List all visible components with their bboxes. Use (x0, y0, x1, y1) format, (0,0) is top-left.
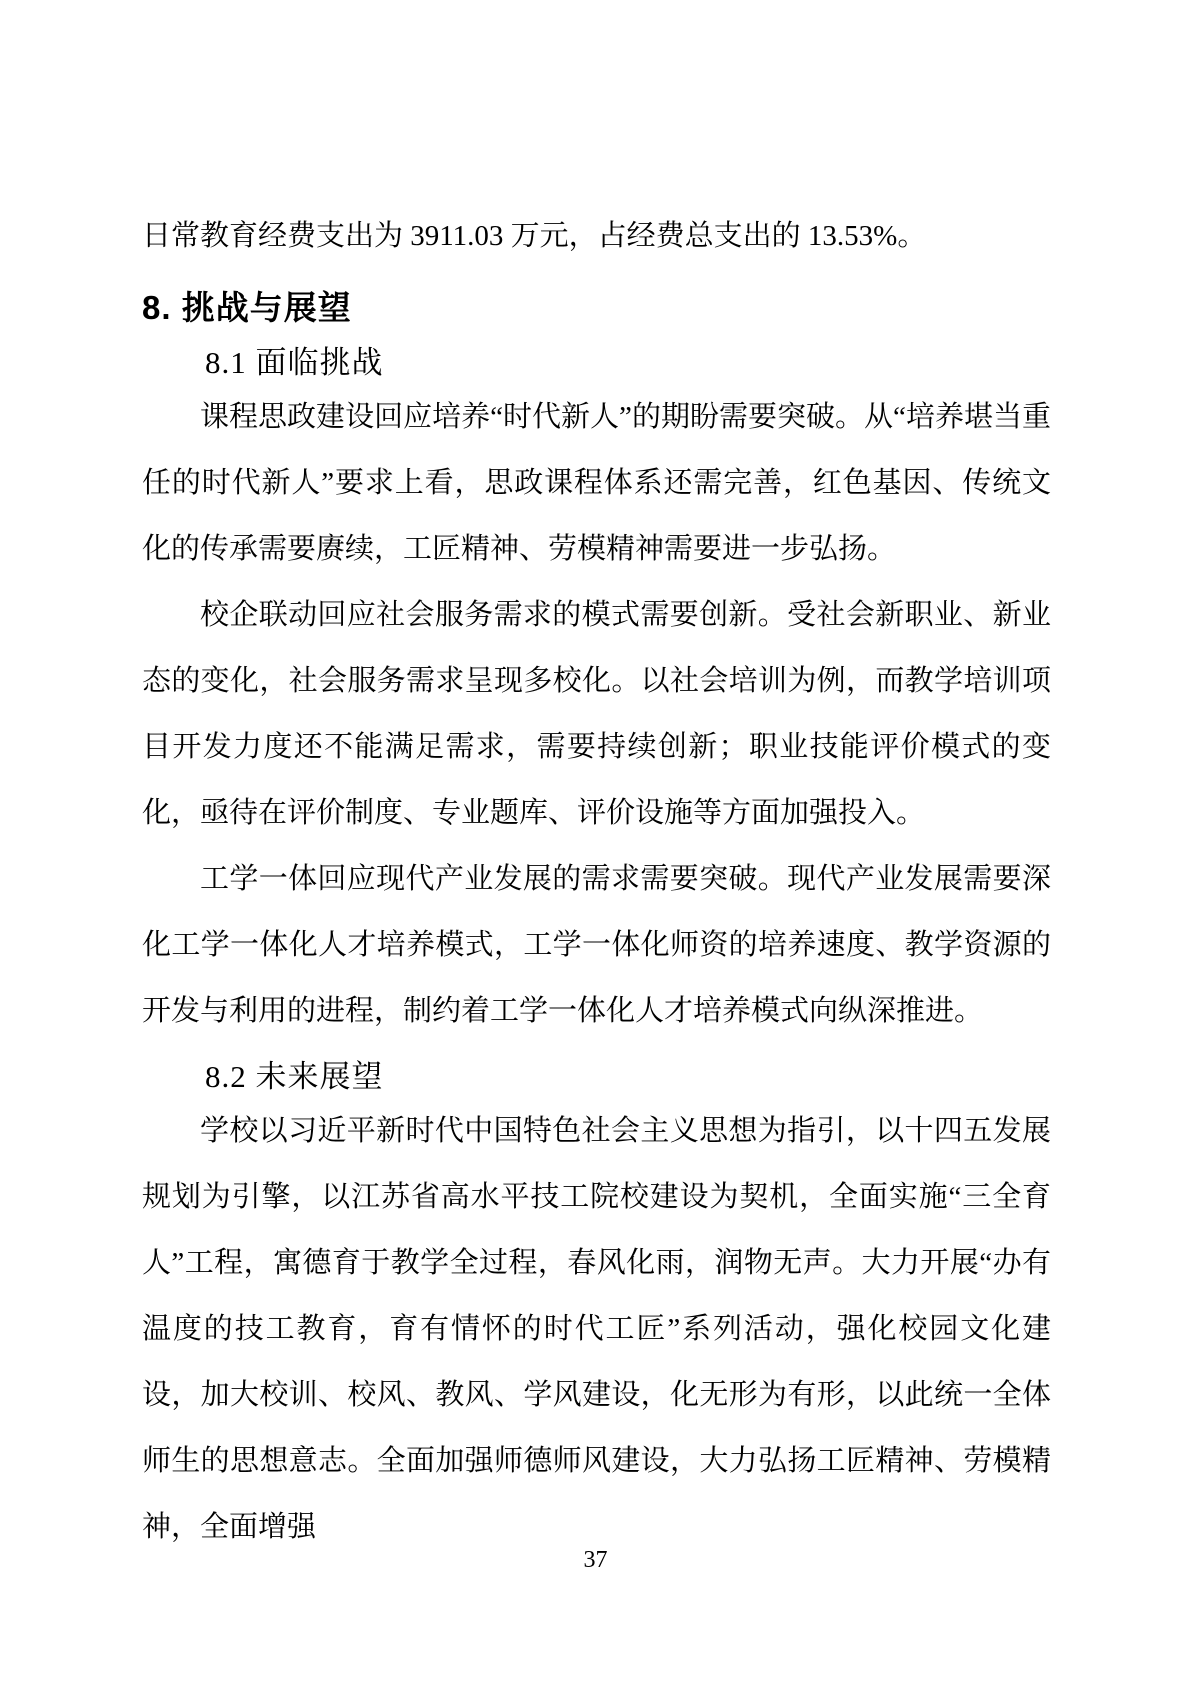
subsection-heading-8-1: 8.1 面临挑战 (205, 342, 1051, 384)
paragraph-8-1-2: 校企联动回应社会服务需求的模式需要创新。受社会新职业、新业态的变化，社会服务需求… (142, 582, 1051, 846)
paragraph-8-1-1: 课程思政建设回应培养“时代新人”的期盼需要突破。从“培养堪当重任的时代新人”要求… (142, 384, 1051, 582)
paragraph-8-2-1: 学校以习近平新时代中国特色社会主义思想为指引，以十四五发展规划为引擎，以江苏省高… (142, 1098, 1051, 1560)
intro-paragraph: 日常教育经费支出为 3911.03 万元，占经费总支出的 13.53%。 (142, 212, 1051, 260)
subsection-heading-8-2: 8.2 未来展望 (205, 1056, 1051, 1098)
paragraph-8-1-3: 工学一体回应现代产业发展的需求需要突破。现代产业发展需要深化工学一体化人才培养模… (142, 846, 1051, 1044)
document-page: 日常教育经费支出为 3911.03 万元，占经费总支出的 13.53%。 8. … (0, 0, 1191, 1684)
section-heading: 8. 挑战与展望 (142, 286, 1051, 330)
page-number: 37 (0, 1545, 1191, 1575)
